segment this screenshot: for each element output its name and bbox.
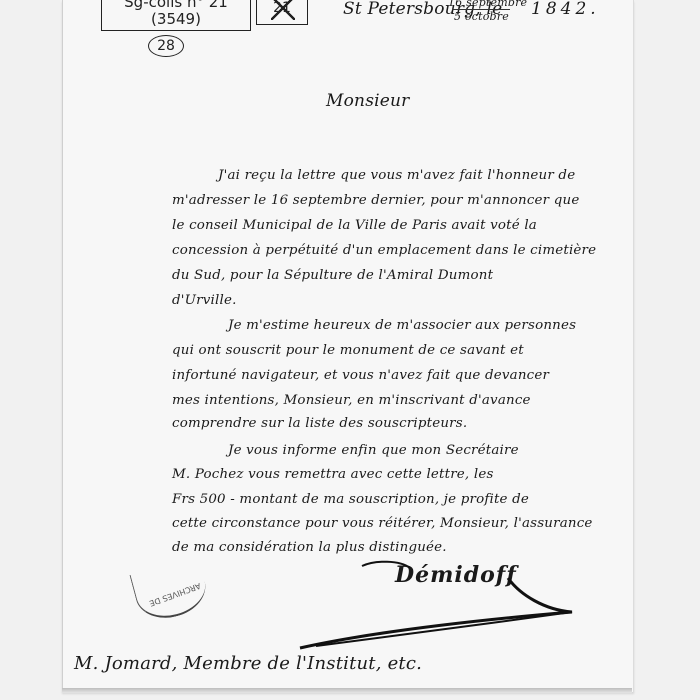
body-line: m'adresser le 16 septembre dernier, pour… bbox=[172, 193, 579, 208]
body-line: Je m'estime heureux de m'associer aux pe… bbox=[228, 318, 576, 333]
date-old-style: 16 septembre bbox=[448, 0, 527, 9]
page-number-circled: 28 bbox=[148, 35, 184, 57]
body-line: Frs 500 - montant de ma souscription, je… bbox=[172, 492, 529, 507]
body-line: qui ont souscrit pour le monument de ce … bbox=[172, 343, 524, 358]
archive-reference-line2: (3549) bbox=[102, 11, 250, 28]
archive-reference-box: Sg-colis n° 21 (3549) bbox=[101, 0, 251, 31]
body-line: mes intentions, Monsieur, en m'inscrivan… bbox=[172, 393, 531, 408]
body-line: M. Pochez vous remettra avec cette lettr… bbox=[172, 467, 494, 482]
body-line: du Sud, pour la Sépulture de l'Amiral Du… bbox=[172, 268, 493, 283]
salutation: Monsieur bbox=[326, 91, 410, 111]
body-line: de ma considération la plus distinguée. bbox=[172, 540, 447, 555]
body-line: le conseil Municipal de la Ville de Pari… bbox=[172, 218, 537, 233]
page-bottom-edge bbox=[62, 688, 632, 693]
date-new-style: 5 octobre bbox=[454, 10, 509, 23]
addressee: M. Jomard, Membre de l'Institut, etc. bbox=[74, 653, 422, 674]
body-line: cette circonstance pour vous réitérer, M… bbox=[172, 516, 593, 531]
year: 1842. bbox=[531, 0, 600, 19]
body-line: d'Urville. bbox=[172, 293, 237, 308]
body-line: Je vous informe enfin que mon Secrétaire bbox=[228, 443, 519, 458]
folio-box: 21 bbox=[256, 0, 308, 25]
body-line: J'ai reçu la lettre que vous m'avez fait… bbox=[218, 168, 575, 183]
strike-through-mark bbox=[271, 0, 295, 20]
body-line: infortuné navigateur, et vous n'avez fai… bbox=[172, 368, 549, 383]
signature: Démidoff bbox=[395, 562, 517, 588]
body-line: concession à perpétuité d'un emplacement… bbox=[172, 243, 596, 258]
body-line: comprendre sur la liste des souscripteur… bbox=[172, 416, 467, 431]
